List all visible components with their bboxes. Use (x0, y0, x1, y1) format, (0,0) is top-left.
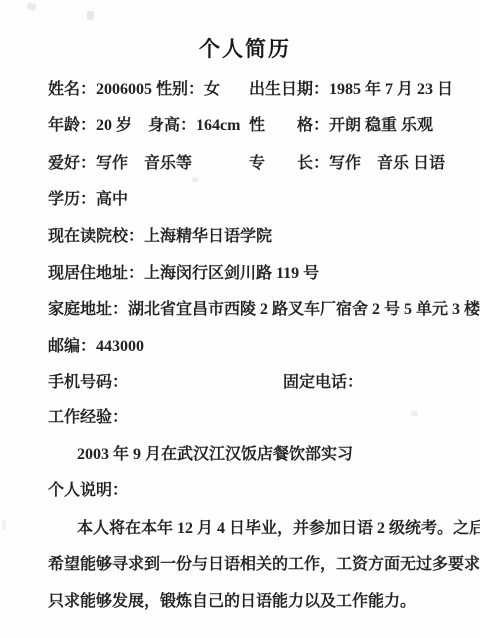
line-mobile-landline: 手机号码： 固定电话： (0, 369, 480, 389)
line-work-experience-label: 工作经验： (0, 404, 480, 424)
scan-artifact (192, 177, 198, 182)
field-specialty: 专 长：写作 音乐 日语 (249, 150, 445, 173)
line-personal-statement-2: 希望能够寻求到一份与日语相关的工作，工资方面无过多要求， (0, 551, 480, 571)
field-home-address: 家庭地址：湖北省宜昌市西陵 2 路叉车厂宿舍 2 号 5 单元 3 楼 (48, 296, 480, 319)
scan-artifact (26, 2, 37, 11)
line-current-address: 现居住地址：上海闵行区剑川路 119 号 (0, 260, 480, 280)
line-education: 学历：高中 (0, 186, 480, 206)
line-postal-code: 邮编：443000 (0, 333, 480, 353)
field-work-experience-entry: 2003 年 9 月在武汉江汉饭店餐饮部实习 (77, 441, 353, 464)
field-hobby: 爱好：写作 音乐等 (48, 150, 192, 173)
line-work-experience-entry: 2003 年 9 月在武汉江汉饭店餐饮部实习 (0, 441, 480, 461)
line-age-height-character: 年龄：20 岁 身高：164cm 性 格：开朗 稳重 乐观 (0, 112, 480, 132)
line-hobby-specialty: 爱好：写作 音乐等 专 长：写作 音乐 日语 (0, 150, 480, 170)
line-name-gender-birth: 姓名：2006005 性别：女 出生日期：1985 年 7 月 23 日 (0, 76, 480, 96)
field-postal-code: 邮编：443000 (48, 333, 144, 356)
field-age-height: 年龄：20 岁 身高：164cm (48, 112, 240, 135)
field-name-gender: 姓名：2006005 性别：女 (48, 76, 220, 99)
field-landline-label: 固定电话： (283, 369, 363, 392)
scan-artifact (87, 11, 94, 20)
personal-statement-text-2: 希望能够寻求到一份与日语相关的工作，工资方面无过多要求， (48, 551, 480, 574)
personal-statement-text-1: 本人将在本年 12 月 4 日毕业，并参加日语 2 级统考。之后 (77, 515, 480, 538)
field-current-address: 现居住地址：上海闵行区剑川路 119 号 (48, 260, 319, 283)
field-work-experience-label: 工作经验： (48, 404, 128, 427)
field-character: 性 格：开朗 稳重 乐观 (249, 112, 433, 135)
line-current-school: 现在读院校：上海精华日语学院 (0, 223, 480, 243)
personal-statement-text-3: 只求能够发展，锻炼自己的日语能力以及工作能力。 (48, 588, 416, 611)
field-birth-date: 出生日期：1985 年 7 月 23 日 (249, 76, 453, 99)
field-mobile-label: 手机号码： (48, 369, 128, 392)
field-education: 学历：高中 (48, 186, 128, 209)
resume-document-page: 个人简历 姓名：2006005 性别：女 出生日期：1985 年 7 月 23 … (0, 0, 480, 638)
line-personal-statement-3: 只求能够发展，锻炼自己的日语能力以及工作能力。 (0, 588, 480, 608)
line-home-address: 家庭地址：湖北省宜昌市西陵 2 路叉车厂宿舍 2 号 5 单元 3 楼 (0, 296, 480, 316)
document-title: 个人简历 (0, 33, 480, 63)
line-personal-statement-1: 本人将在本年 12 月 4 日毕业，并参加日语 2 级统考。之后 (0, 515, 480, 535)
field-personal-statement-label: 个人说明： (48, 477, 128, 500)
field-current-school: 现在读院校：上海精华日语学院 (48, 223, 272, 246)
line-personal-statement-label: 个人说明： (0, 477, 480, 497)
